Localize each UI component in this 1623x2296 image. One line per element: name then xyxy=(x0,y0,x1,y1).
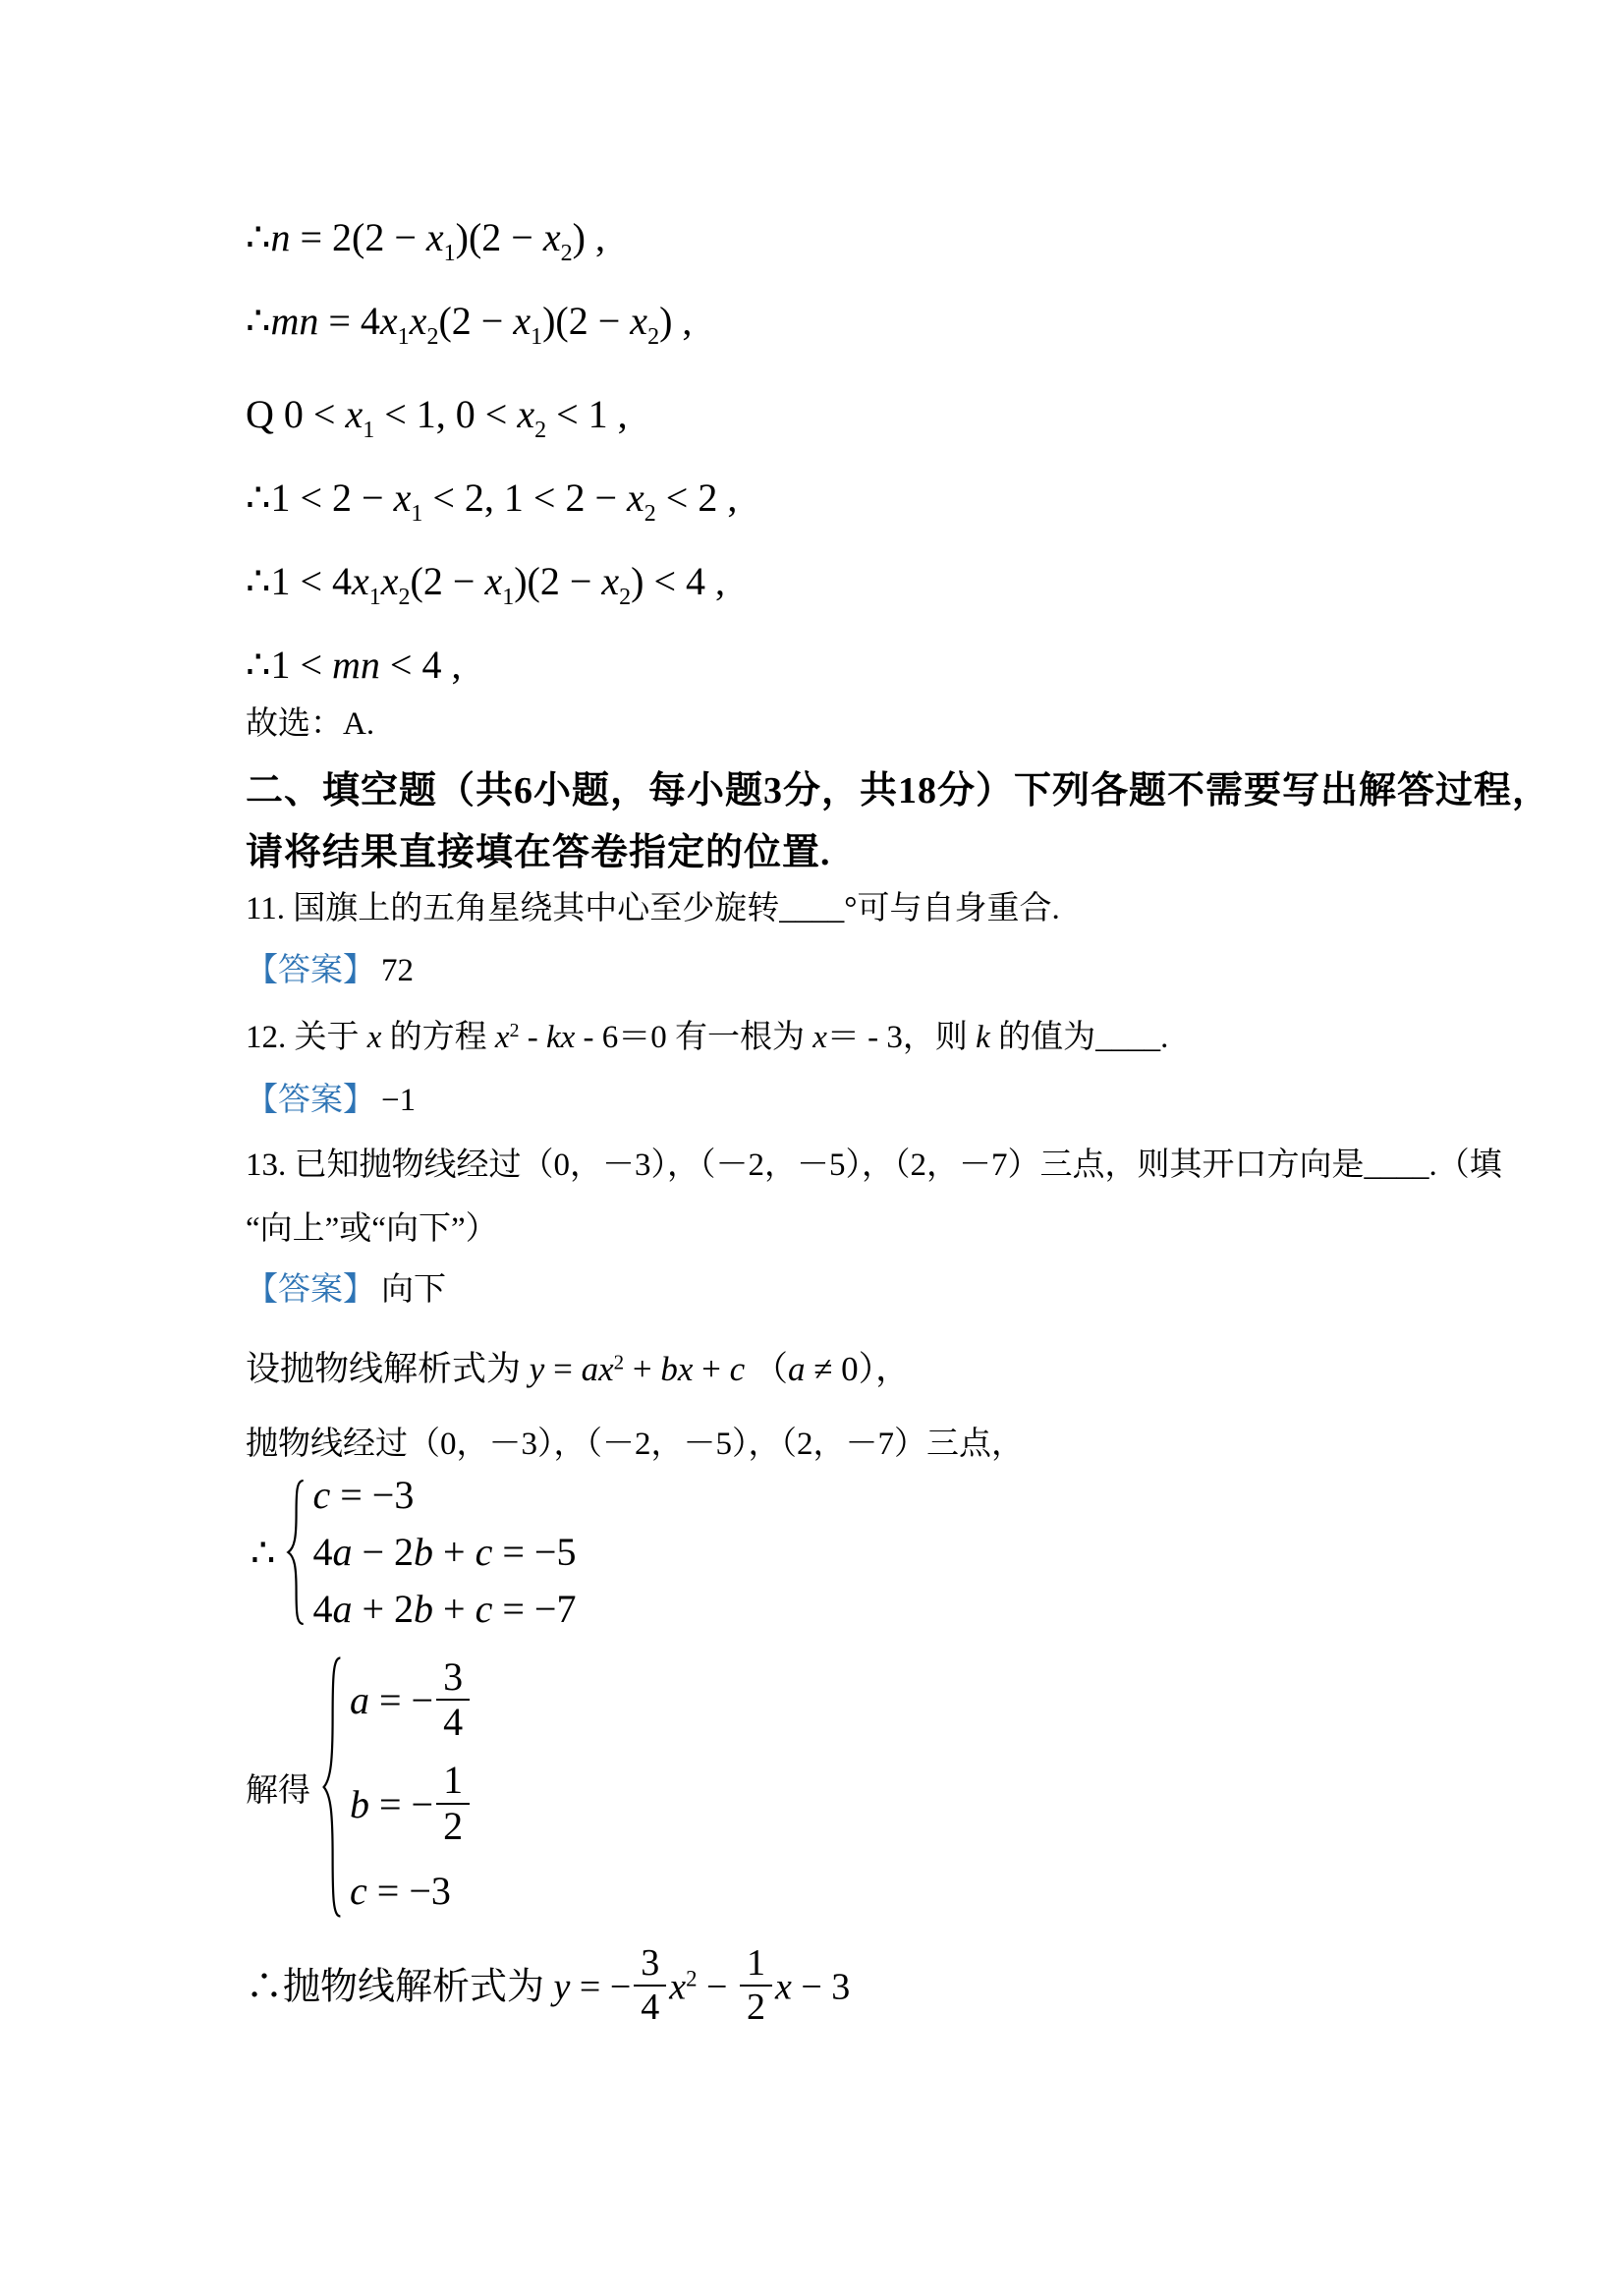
question-11: 11. 国旗上的五角星绕其中心至少旋转____°可与自身重合. xyxy=(246,889,1060,929)
answer-value: 72 xyxy=(381,953,414,988)
equation-row: c = −3 xyxy=(312,1472,576,1519)
formula-product-range: ∴1 < 4x1x2(2 − x1)(2 − x2) < 4 , xyxy=(246,558,725,612)
solution-row: b = −12 xyxy=(350,1764,473,1854)
equation-row: 4a − 2b + c = −5 xyxy=(312,1529,576,1576)
document-page: ∴n = 2(2 − x1)(2 − x2) , ∴mn = 4x1x2(2 −… xyxy=(0,0,1623,2296)
question-13-line-2: “向上”或“向下”） xyxy=(246,1209,498,1250)
left-brace-icon xyxy=(320,1652,344,1922)
equation-system-1: ∴ c = −3 4a − 2b + c = −5 4a + 2b + c = … xyxy=(251,1474,576,1631)
therefore-symbol: ∴ xyxy=(251,1530,275,1576)
formula-x-range: Q 0 < x1 < 1, 0 < x2 < 1 , xyxy=(246,391,628,445)
question-12: 12. 关于 x 的方程 x2 - kx - 6＝0 有一根为 x＝ - 3，则… xyxy=(246,1018,1168,1058)
formula-mn-range: ∴1 < mn < 4 , xyxy=(246,642,461,689)
answer-13: 【答案】向下 xyxy=(246,1270,446,1311)
equation-system-2: 解得 a = −34 b = −12 c = −3 xyxy=(246,1649,473,1926)
equation-rows: c = −3 4a − 2b + c = −5 4a + 2b + c = −7 xyxy=(312,1467,576,1638)
answer-label: 【答案】 xyxy=(246,953,375,988)
answer-value: 向下 xyxy=(381,1272,446,1308)
solution-rows: a = −34 b = −12 c = −3 xyxy=(350,1652,473,1921)
section-heading-line-1: 二、填空题（共6小题，每小题3分，共18分）下列各题不需要写出解答过程， xyxy=(246,759,1550,813)
answer-label: 【答案】 xyxy=(246,1272,375,1308)
question-13-line-1: 13. 已知抛物线经过（0，－3），（－2，－5），（2，－7）三点，则其开口方… xyxy=(246,1146,1502,1186)
answer-12: 【答案】−1 xyxy=(246,1081,416,1121)
solution13-passes-line: 抛物线经过（0，－3），（－2，－5），（2，－7）三点， xyxy=(246,1425,1024,1465)
section-heading-line-2: 请将结果直接填在答卷指定的位置. xyxy=(246,821,831,875)
formula-n-definition: ∴n = 2(2 − x1)(2 − x2) , xyxy=(246,214,605,268)
left-brace-icon xyxy=(285,1478,307,1627)
formula-2minusx-range: ∴1 < 2 − x1 < 2, 1 < 2 − x2 < 2 , xyxy=(246,475,737,529)
final-parabola-equation: ∴抛物线解析式为 y = −34x2 − 12x − 3 xyxy=(246,1947,850,2033)
answer-label: 【答案】 xyxy=(246,1083,375,1118)
formula-mn-product: ∴mn = 4x1x2(2 − x1)(2 − x2) , xyxy=(246,298,692,352)
solution13-assume-line: 设抛物线解析式为 y = ax2 + bx + c （a ≠ 0）， xyxy=(246,1348,910,1391)
equation-row: 4a + 2b + c = −7 xyxy=(312,1586,576,1633)
solution-row: c = −3 xyxy=(350,1868,473,1915)
answer-11: 【答案】72 xyxy=(246,951,414,991)
solution-row: a = −34 xyxy=(350,1659,473,1750)
answer-value: −1 xyxy=(381,1083,416,1118)
solve-label: 解得 xyxy=(246,1764,310,1811)
answer-choice-conclusion: 故选：A. xyxy=(246,704,374,745)
